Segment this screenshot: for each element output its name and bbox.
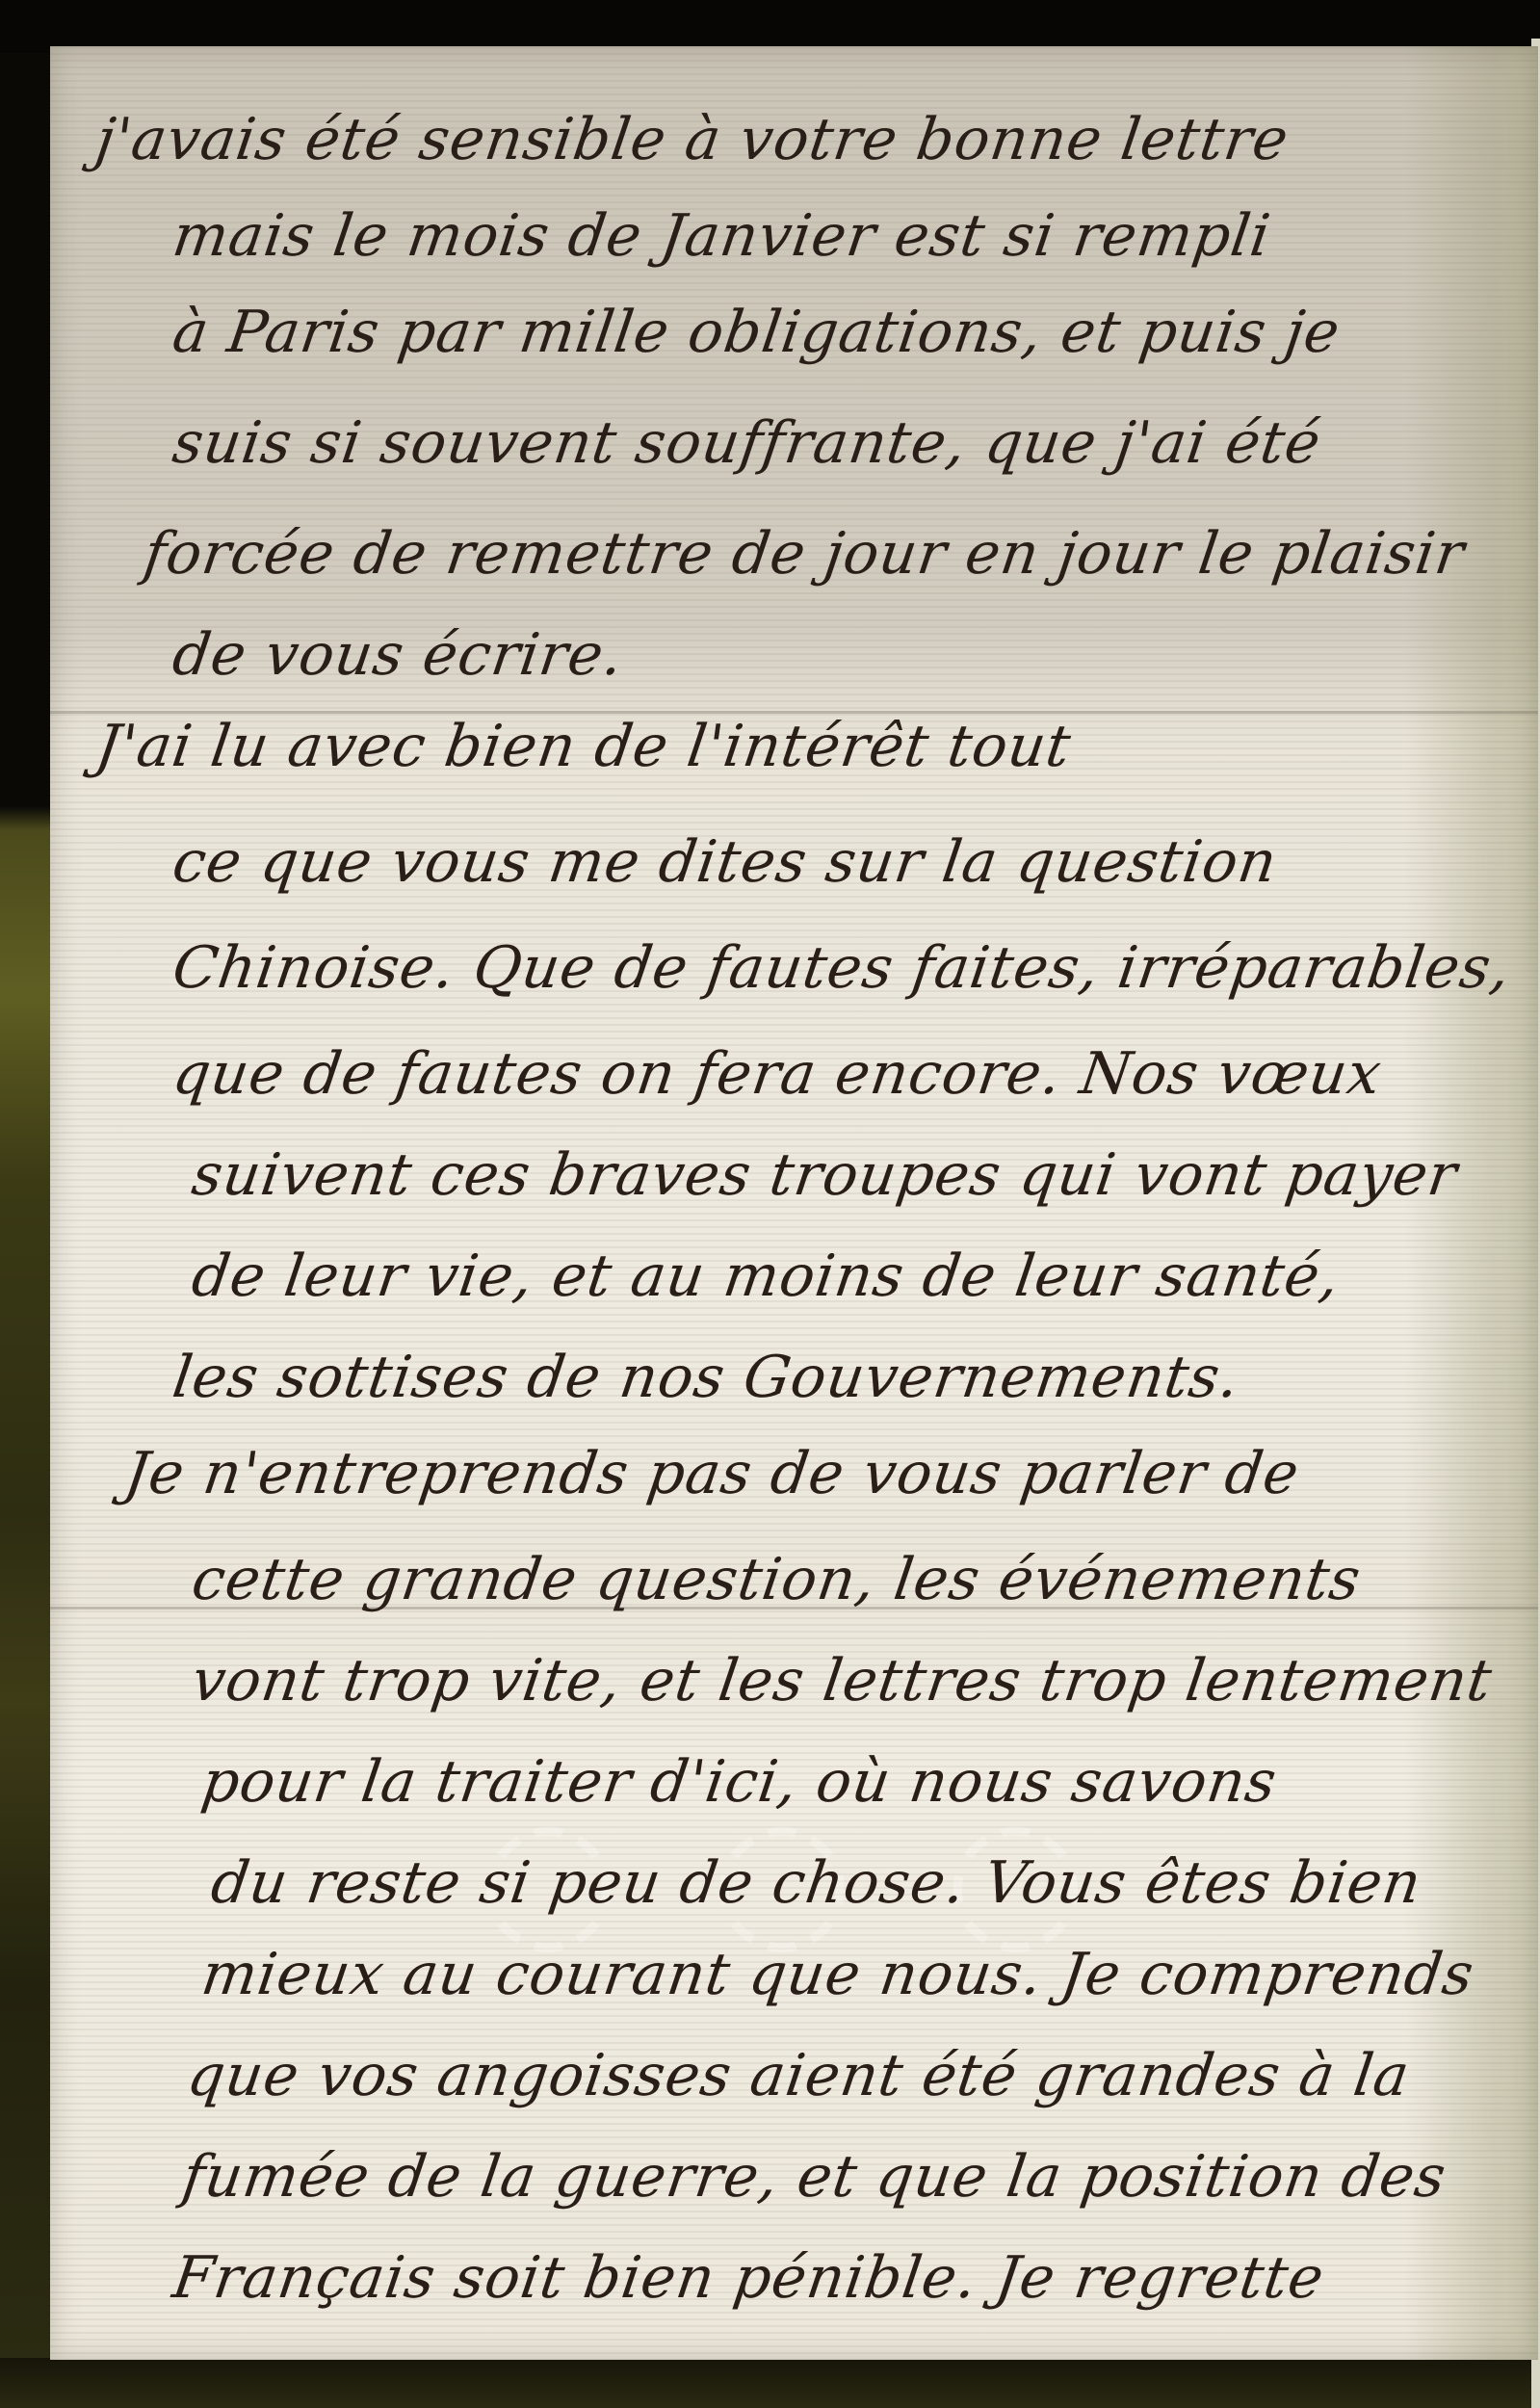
letter-line: suivent ces braves troupes qui vont paye… — [187, 1137, 1462, 1214]
letter-line: du reste si peu de chose. Vous êtes bien — [206, 1845, 1426, 1922]
letter-line: cette grande question, les événements — [187, 1541, 1366, 1618]
letter-line: mais le mois de Janvier est si rempli — [168, 197, 1275, 275]
letter-line: Je n'entreprends pas de vous parler de — [119, 1435, 1304, 1512]
letter-line: que de fautes on fera encore. Nos vœux — [168, 1035, 1386, 1112]
letter-line: de vous écrire. — [168, 616, 628, 694]
letter-line: J'ai lu avec bien de l'intérêt tout — [91, 708, 1076, 785]
letter-line: Chinoise. Que de fautes faites, irrépara… — [168, 929, 1515, 1007]
cloth-background-left — [0, 53, 56, 2408]
dark-background-top — [0, 0, 1540, 53]
letter-line: suis si souvent souffrante, que j'ai été — [168, 405, 1325, 482]
dark-background-bottom — [0, 2358, 1540, 2408]
letter-line: fumée de la guerre, et que la position d… — [177, 2138, 1450, 2215]
letter-line: à Paris par mille obligations, et puis j… — [168, 294, 1344, 371]
letter-line: pour la traiter d'ici, où nous savons — [196, 1743, 1281, 1820]
letter-line: forcée de remettre de jour en jour le pl… — [139, 515, 1469, 592]
letter-line: de leur vie, et au moins de leur santé, — [187, 1238, 1344, 1315]
letter-line: mieux au courant que nous. Je comprends — [196, 1936, 1478, 2013]
letter-line: ce que vous me dites sur la question — [168, 824, 1282, 901]
letter-line: j'avais été sensible à votre bonne lettr… — [91, 101, 1293, 178]
letter-line: vont trop vite, et les lettres trop lent… — [187, 1642, 1497, 1719]
letter-line: Français soit bien pénible. Je regrette — [168, 2239, 1329, 2316]
letter-line: les sottises de nos Gouvernements. — [168, 1339, 1244, 1416]
letter-line: que vos angoisses aient été grandes à la — [182, 2037, 1414, 2114]
letter-page: ◌ ◌ ◌ j'avais été sensible à votre bonne… — [50, 46, 1538, 2360]
